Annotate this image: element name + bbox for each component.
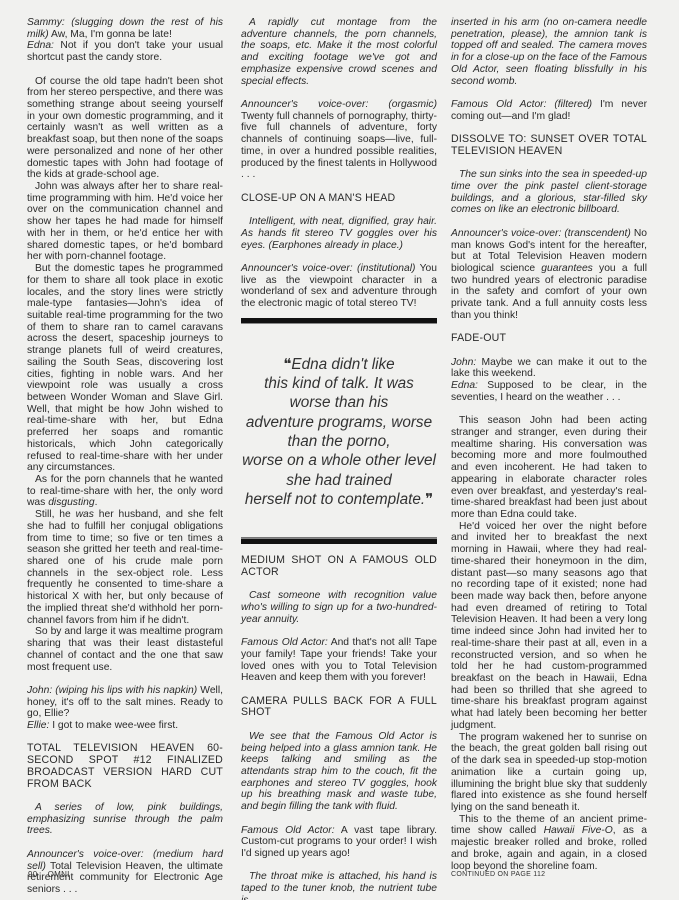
pull-quote-line: herself not to contemplate. <box>245 491 425 508</box>
dialogue-line: John: (wiping his lips with his napkin) … <box>27 685 223 720</box>
column-2-bottom-text: MEDIUM SHOT ON A FAMOUS OLD ACTORCast so… <box>241 555 437 900</box>
speaker-name: Announcer's voice-over: <box>27 849 144 860</box>
dialogue-line: Famous Old Actor: And that's not all! Ta… <box>241 637 437 684</box>
body-paragraph: But the domestic tapes he programmed for… <box>27 263 223 474</box>
emphasis: guarantees <box>541 263 593 274</box>
emphasis: disgusting <box>48 497 94 508</box>
spoken-line: Twenty full channels of pornography, thi… <box>241 111 437 181</box>
script-heading: CAMERA PULLS BACK FOR A FULL SHOT <box>241 696 437 719</box>
stage-direction: inserted in his arm (no on-camera needle… <box>451 17 647 87</box>
pull-quote-line: she had trained <box>286 472 391 489</box>
speaker-name: Famous Old Actor: <box>451 99 546 110</box>
text: Still, he <box>35 509 76 520</box>
stage-direction: A rapidly cut montage from the adventure… <box>241 17 437 87</box>
parenthetical: (institutional) <box>353 263 416 274</box>
body-paragraph: So by and large it was mealtime program … <box>27 626 223 673</box>
pull-quote-line: worse than his <box>290 394 389 411</box>
magazine-name: OMNI <box>48 870 70 879</box>
folio: 90 OMNI <box>28 869 70 881</box>
body-paragraph: John was always after her to share real-… <box>27 181 223 263</box>
dialogue-line: Ellie: I got to make wee-wee first. <box>27 720 223 732</box>
dialogue-line: Announcer's voice-over: (transcendent) N… <box>451 228 647 322</box>
spoken-line: Aw, Ma, I'm gonna be late! <box>49 29 172 40</box>
pull-quote-line: than the porno, <box>288 433 391 450</box>
dialogue-line: John: Maybe we can make it out to the la… <box>451 357 647 380</box>
continued-on-page-link: CONTINUED ON PAGE 112 <box>451 869 545 881</box>
pull-quote-text: Edna didn't likethis kind of talk. It wa… <box>242 356 436 508</box>
parenthetical: (orgasmic) <box>368 99 437 110</box>
dialogue-line: Famous Old Actor: (filtered) I'm never c… <box>451 99 647 122</box>
dialogue-line: Announcer's voice-over: (orgasmic) Twent… <box>241 99 437 181</box>
column-3: inserted in his arm (no on-camera needle… <box>451 17 647 872</box>
body-paragraph: This to the theme of an ancient prime-ti… <box>451 814 647 873</box>
speaker-name: Announcer's voice-over: <box>241 263 353 274</box>
pull-quote-line: adventure programs, worse <box>246 414 432 431</box>
parenthetical: (transcendent) <box>561 228 630 239</box>
script-heading: MEDIUM SHOT ON A FAMOUS OLD ACTOR <box>241 555 437 578</box>
dialogue-line: Famous Old Actor: A vast tape library. C… <box>241 825 437 860</box>
pull-quote-line: worse on a whole other level <box>242 452 436 469</box>
pull-quote-bottom-rule <box>241 538 437 544</box>
speaker-name: Announcer's voice-over: <box>241 99 368 110</box>
body-paragraph: Still, he was her husband, and she felt … <box>27 509 223 626</box>
column-1: Sammy: (slugging down the rest of his mi… <box>27 17 223 896</box>
speaker-name: Ellie: <box>27 720 49 731</box>
speaker-name: Announcer's voice-over: <box>451 228 561 239</box>
emphasis: Hawaii Five-O <box>544 825 613 836</box>
body-paragraph: This season John had been acting strange… <box>451 415 647 520</box>
speaker-name: John: <box>27 685 52 696</box>
pull-quote-line: this kind of talk. It was <box>264 375 414 392</box>
stage-direction: The sun sinks into the sea in speeded-up… <box>451 169 647 216</box>
parenthetical: (filtered) <box>546 99 592 110</box>
column-2: A rapidly cut montage from the adventure… <box>241 17 437 900</box>
spoken-line: Supposed to be clear, in the seventies, … <box>451 380 647 403</box>
body-paragraph: He'd voiced her over the night before an… <box>451 521 647 732</box>
body-paragraph: The program wakened her to sunrise on th… <box>451 732 647 814</box>
body-paragraph: Of course the old tape hadn't been shot … <box>27 76 223 181</box>
close-quote-mark-icon: ❞ <box>425 491 433 508</box>
dialogue-line: Edna: Not if you don't take your usual s… <box>27 40 223 63</box>
parenthetical: (wiping his lips with his napkin) <box>52 685 197 696</box>
stage-direction: Intelligent, with neat, dignified, gray … <box>241 216 437 251</box>
stage-direction: A series of low, pink buildings, emphasi… <box>27 802 223 837</box>
speaker-name: Famous Old Actor: <box>241 637 328 648</box>
spoken-line: Maybe we can make it out to the lake thi… <box>451 357 647 380</box>
spoken-line: Not if you don't take your usual shortcu… <box>27 40 223 63</box>
script-heading: FADE-OUT <box>451 333 647 345</box>
pull-quote-line: Edna didn't like <box>291 356 394 373</box>
page-number: 90 <box>28 870 38 879</box>
text: her husband, and she felt she had to ful… <box>27 509 223 625</box>
pull-quote: ❝Edna didn't likethis kind of talk. It w… <box>241 324 437 537</box>
speaker-name: Edna: <box>451 380 478 391</box>
script-heading: DISSOLVE TO: SUNSET OVER TOTAL TELEVISIO… <box>451 134 647 157</box>
dialogue-line: Sammy: (slugging down the rest of his mi… <box>27 17 223 40</box>
column-2-top-text: A rapidly cut montage from the adventure… <box>241 17 437 310</box>
stage-direction: The throat mike is attached, his hand is… <box>241 871 437 900</box>
stage-direction: We see that the Famous Old Actor is bein… <box>241 731 437 813</box>
dialogue-line: Edna: Supposed to be clear, in the seven… <box>451 380 647 403</box>
speaker-name: Edna: <box>27 40 54 51</box>
script-heading: TOTAL TELEVISION HEAVEN 60-SECOND SPOT #… <box>27 743 223 790</box>
body-paragraph: As for the porn channels that he wanted … <box>27 474 223 509</box>
spoken-line: I got to make wee-wee first. <box>49 720 178 731</box>
speaker-name: John: <box>451 357 476 368</box>
script-heading: CLOSE-UP ON A MAN'S HEAD <box>241 193 437 205</box>
stage-direction: Cast someone with recognition value who'… <box>241 590 437 625</box>
text: . <box>95 497 98 508</box>
speaker-name: Famous Old Actor: <box>241 825 335 836</box>
speaker-name: Sammy: <box>27 17 65 28</box>
dialogue-line: Announcer's voice-over: (institutional) … <box>241 263 437 310</box>
emphasis: was <box>76 509 94 520</box>
